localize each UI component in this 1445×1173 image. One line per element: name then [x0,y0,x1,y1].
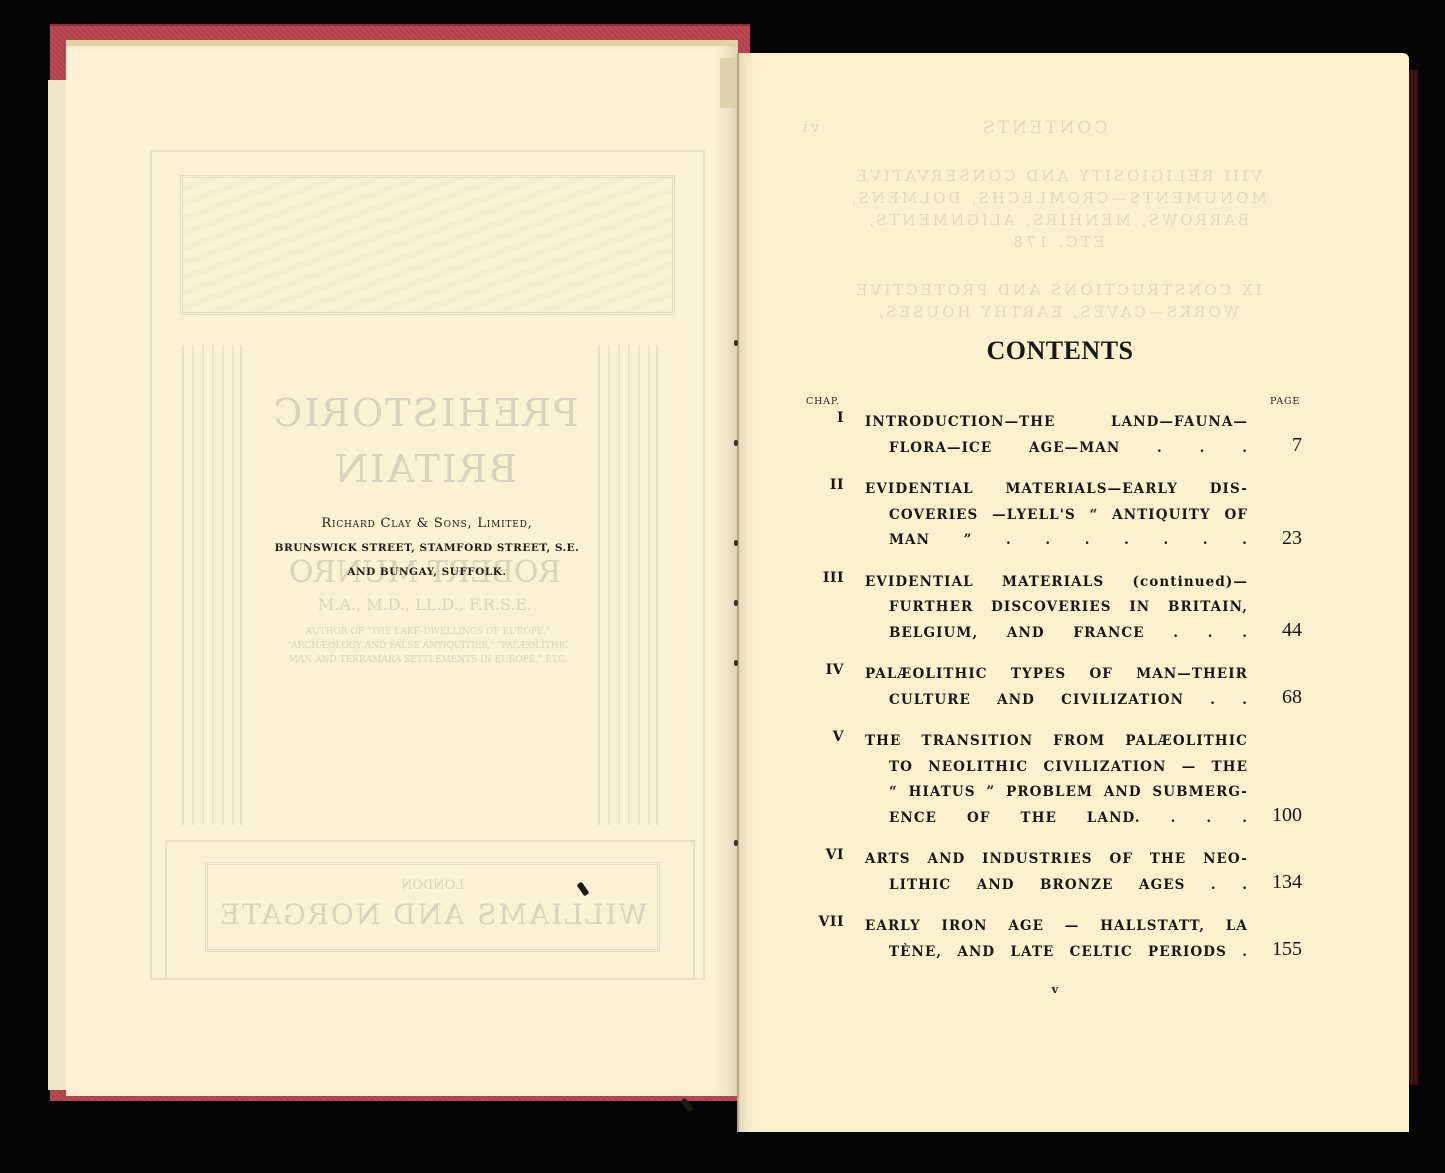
chapter-number: VI [800,847,844,863]
toc-entry-1[interactable]: I INTRODUCTION—THE LAND—FAUNA— FLORA—ICE… [800,410,1310,461]
chapter-number: V [800,729,844,745]
toc-entry-5[interactable]: V THE TRANSITION FROM PALÆOLITHIC TO NEO… [800,729,1310,831]
bleed-through-place: LONDON [205,878,660,893]
bleed-through-contents-lines: VIII RELIGIOSITY AND CONSERVATIVE MONUME… [805,165,1310,323]
chapter-title-line: TO NEOLITHIC CIVILIZATION — THE [889,755,1248,781]
toc-entry-3[interactable]: III EVIDENTIAL MATERIALS (continued)— FU… [800,570,1310,647]
chapter-title-line: PALÆOLITHIC TYPES OF MAN—THEIR [865,662,1248,688]
imprint-line-3: AND BUNGAY, SUFFOLK. [262,560,592,584]
page-number: 100 [1272,804,1302,827]
bleed-through-publisher: WILLIAMS AND NORGATE [205,898,660,931]
chapter-column-header: CHAP. [806,396,840,407]
chapter-title-line: LITHIC AND BRONZE AGES . . [889,873,1248,899]
binding-stitch [734,540,738,546]
bleed-through-column-right [598,345,658,825]
chapter-title-line: CULTURE AND CIVILIZATION . . [889,688,1248,714]
chapter-title-line: “ HIATUS ” PROBLEM AND SUBMERG- [889,780,1248,806]
toc-entry-6[interactable]: VI ARTS AND INDUSTRIES OF THE NEO- LITHI… [800,847,1310,898]
page-fold [720,58,738,108]
table-of-contents: I INTRODUCTION—THE LAND—FAUNA— FLORA—ICE… [800,410,1310,981]
chapter-title-line: FURTHER DISCOVERIES IN BRITAIN, [889,595,1248,621]
chapter-title-line: TÈNE, AND LATE CELTIC PERIODS . [889,940,1248,966]
chapter-title-line: FLORA—ICE AGE—MAN . . . [889,436,1248,462]
page-number: 134 [1272,871,1302,894]
chapter-title-line: COVERIES —LYELL'S “ ANTIQUITY OF [889,503,1248,529]
imprint-line-1: Richard Clay & Sons, Limited, [262,512,592,536]
binding-stitch [734,600,738,606]
page-number: 23 [1282,527,1302,550]
imprint-line-2: BRUNSWICK STREET, STAMFORD STREET, S.E. [262,536,592,560]
page-number: 68 [1282,686,1302,709]
page-column-header: PAGE [1270,396,1300,407]
bleed-through-title: PREHISTORIC BRITAIN [270,385,580,497]
bleed-through-frieze [180,175,675,315]
book-cover-right-edge [1408,70,1418,1085]
chapter-title-line: ARTS AND INDUSTRIES OF THE NEO- [865,847,1248,873]
left-page-edge-stack [48,80,68,1090]
chapter-title-line: INTRODUCTION—THE LAND—FAUNA— [865,410,1248,436]
bleed-through-degrees: M.A., M.D., LL.D., F.R.S.E. [270,595,580,614]
book-gutter [737,53,739,1132]
bleed-through-column-left [182,345,242,825]
chapter-title-line: MAN ” . . . . . . . [889,528,1248,554]
binding-stitch [734,660,738,666]
binding-stitch [734,840,738,846]
page-number: 7 [1292,434,1302,457]
chapter-title-line: EVIDENTIAL MATERIALS (continued)— [865,570,1248,596]
page-folio: v [800,983,1310,996]
toc-entry-2[interactable]: II EVIDENTIAL MATERIALS—EARLY DIS- COVER… [800,477,1310,554]
chapter-title-line: EVIDENTIAL MATERIALS—EARLY DIS- [865,477,1248,503]
chapter-title-line: EARLY IRON AGE — HALLSTATT, LA [865,914,1248,940]
binding-stitch [734,340,738,346]
chapter-title-line: BELGIUM, AND FRANCE . . . [889,621,1248,647]
chapter-title-line: ENCE OF THE LAND. . . . [889,806,1248,832]
toc-entry-7[interactable]: VII EARLY IRON AGE — HALLSTATT, LA TÈNE,… [800,914,1310,965]
bleed-through-author-works: AUTHOR OF "THE LAKE-DWELLINGS OF EUROPE,… [278,625,578,667]
chapter-title-line: THE TRANSITION FROM PALÆOLITHIC [865,729,1248,755]
toc-entry-4[interactable]: IV PALÆOLITHIC TYPES OF MAN—THEIR CULTUR… [800,662,1310,713]
binding-stitch [734,440,738,446]
chapter-number: III [800,570,844,586]
chapter-number: I [800,410,844,426]
chapter-number: VII [800,914,844,930]
page-number: 44 [1282,619,1302,642]
printer-imprint: Richard Clay & Sons, Limited, BRUNSWICK … [262,512,592,584]
page-title: CONTENTS [800,336,1320,366]
chapter-number: IV [800,662,844,678]
chapter-number: II [800,477,844,493]
page-number: 155 [1272,938,1302,961]
